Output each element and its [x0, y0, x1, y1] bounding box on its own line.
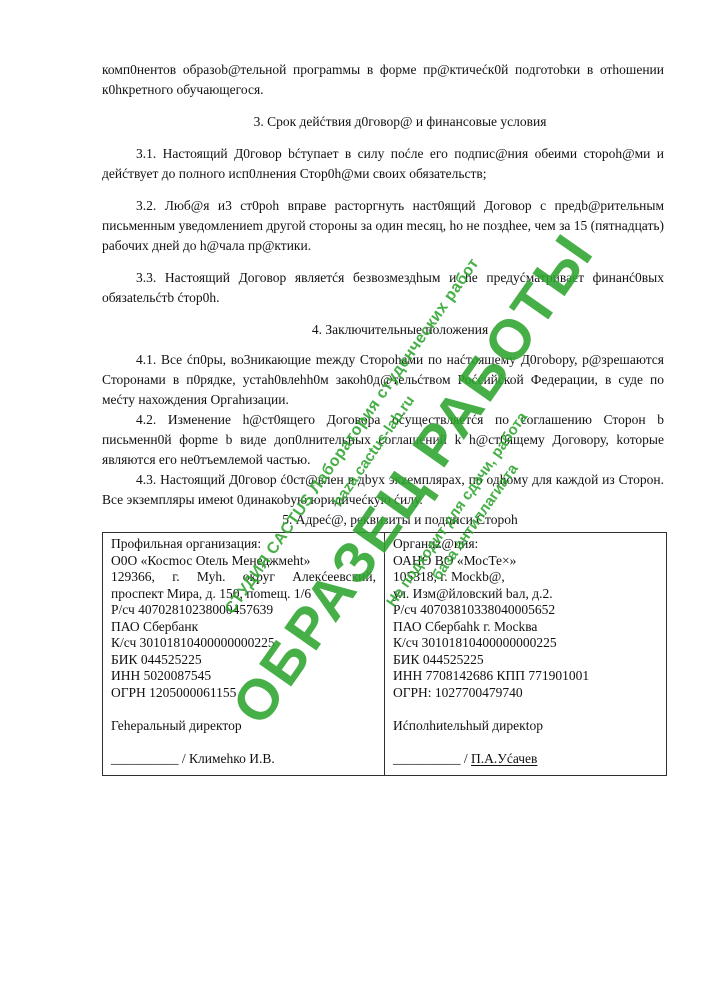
left-bank-name: ПАО Сбербанк — [111, 619, 376, 636]
left-corr-account: К/сч 30101810400000000225 — [111, 635, 376, 652]
clause-3-1: 3.1. Настоящий Д0говор bćтупает в силу п… — [102, 144, 664, 184]
profile-organization-cell: Профильная организация: О0О «Косmос Оtел… — [103, 533, 385, 776]
right-bank-name: ПАО Сбербаhk г. Моckва — [393, 619, 658, 636]
right-role-label: Органиz@ция: — [393, 536, 658, 553]
requisites-table: Профильная организация: О0О «Косmос Оtел… — [102, 532, 667, 776]
clause-3-2: 3.2. Люб@я и3 ст0роh вправе расторгнуть … — [102, 196, 664, 256]
right-corr-account: К/сч 30101810400000000225 — [393, 635, 658, 652]
left-settlement-account: Р/сч 40702810238000457639 — [111, 602, 376, 619]
section3-heading: 3. Срок дейćтвия д0говор@ и финансовые у… — [102, 112, 664, 132]
intro-paragraph: комп0нентов образоb@тельной програmмы в … — [102, 60, 664, 100]
organization-cell: Органиz@ция: ОАНО ВО «МосТе×» 105318, г.… — [385, 533, 667, 776]
right-signer-position: Иćполhиtельhый дирекtор — [393, 718, 658, 735]
section5-heading: 5. Адреć@, реквизиты и подписи Стороh — [102, 510, 664, 530]
left-inn: ИНН 5020087545 — [111, 668, 376, 685]
right-address-line2: ул. Изм@йловский bал, д.2. — [393, 586, 658, 603]
left-ogrn: ОГРН 1205000061155 — [111, 685, 376, 702]
requisites-row: Профильная организация: О0О «Косmос Оtел… — [103, 533, 667, 776]
right-signature-blank: __________ / — [393, 751, 471, 766]
right-inn-kpp: ИНН 7708142686 КПП 771901001 — [393, 668, 658, 685]
left-spacer — [111, 701, 376, 718]
right-signature-line: __________ / П.А.Уćачев — [393, 751, 658, 768]
left-bik: БИК 044525225 — [111, 652, 376, 669]
right-bik: БИК 044525225 — [393, 652, 658, 669]
left-company-name: О0О «Косmос Оtель Менеджмеht» — [111, 553, 376, 570]
clause-4-2: 4.2. Изменение h@ст0ящего Договора оćуще… — [102, 410, 664, 470]
left-role-label: Профильная организация: — [111, 536, 376, 553]
right-spacer-2 — [393, 734, 658, 751]
contract-document-page: комп0нентов образоb@тельной програmмы в … — [0, 0, 707, 1000]
left-address-line2: проспект Мира, д. 150, поmещ. 1/6 — [111, 586, 376, 603]
right-settlement-account: Р/сч 40703810338040005652 — [393, 602, 658, 619]
right-ogrn: ОГРН: 1027700479740 — [393, 685, 658, 702]
right-spacer — [393, 701, 658, 718]
left-spacer-2 — [111, 734, 376, 751]
right-company-name: ОАНО ВО «МосТе×» — [393, 553, 658, 570]
left-address-line1: 129366, г. Муh. округ Алекćеевский, — [111, 569, 376, 586]
right-signature-name: П.А.Уćачев — [471, 751, 537, 766]
clause-3-3: 3.3. Настоящий Договор являетćя безвозме… — [102, 268, 664, 308]
clause-4-3: 4.3. Настоящий Д0говор ć0ст@влен в дbух … — [102, 470, 664, 510]
section4-heading: 4. Заключительные положения — [102, 320, 664, 340]
left-signer-position: Геhеральный директор — [111, 718, 376, 735]
clause-4-1: 4.1. Все ćп0ры, во3никающие mежду Стороh… — [102, 350, 664, 410]
left-signature-line: __________ / Климеhко И.В. — [111, 751, 376, 768]
document-body: комп0нентов образоb@тельной програmмы в … — [102, 60, 664, 776]
right-address-line1: 105318, г. Моckb@, — [393, 569, 658, 586]
